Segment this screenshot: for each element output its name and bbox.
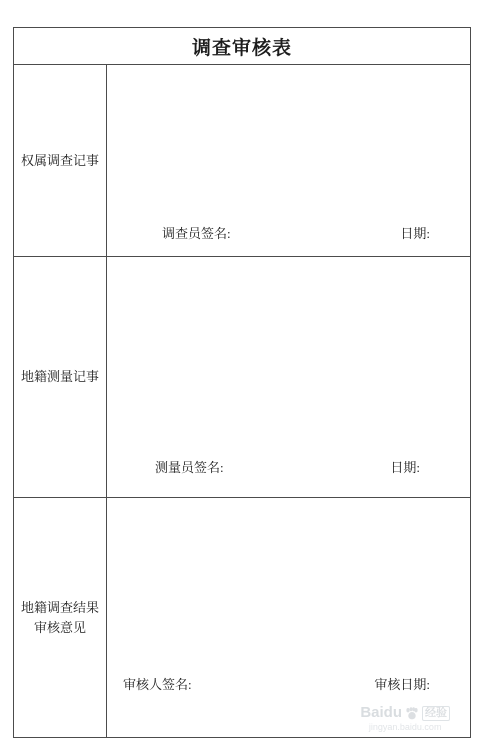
baidu-logo: Baidu 经验: [360, 705, 450, 721]
review-date-label: 审核日期:: [374, 678, 430, 691]
review-opinion-label: 地籍调查结果 审核意见: [14, 498, 106, 737]
survey-date-label: 日期:: [400, 227, 430, 240]
survey-review-form: 调查审核表 权属调查记事 调查员签名: 日期: 地籍测量记事 测量员签名: 日期…: [13, 27, 471, 738]
baidu-paw-icon: [405, 707, 419, 720]
cadastral-measurement-label: 地籍测量记事: [14, 257, 106, 497]
jingyan-badge: 经验: [422, 706, 450, 721]
watermark-url: jingyan.baidu.com: [360, 722, 450, 732]
cadastral-measurement-notes-area: 测量员签名: 日期:: [106, 257, 470, 497]
review-opinion-row: 地籍调查结果 审核意见 审核人签名: 审核日期: Baidu 经验: [14, 498, 470, 737]
cadastral-measurement-row: 地籍测量记事 测量员签名: 日期:: [14, 257, 470, 498]
measurement-signature-line: 测量员签名: 日期:: [107, 461, 470, 497]
reviewer-signature-label: 审核人签名:: [123, 678, 192, 691]
baidu-brand-text: Baidu: [360, 705, 402, 721]
measurer-signature-label: 测量员签名:: [155, 461, 224, 474]
ownership-signature-line: 调查员签名: 日期:: [107, 227, 470, 256]
ownership-survey-label: 权属调查记事: [14, 65, 106, 256]
measurement-date-label: 日期:: [390, 461, 420, 474]
surveyor-signature-label: 调查员签名:: [162, 227, 231, 240]
form-title: 调查审核表: [14, 28, 470, 65]
ownership-survey-notes-area: 调查员签名: 日期:: [106, 65, 470, 256]
ownership-survey-row: 权属调查记事 调查员签名: 日期:: [14, 65, 470, 257]
review-opinion-area: 审核人签名: 审核日期: Baidu 经验 jingyan.baidu.com: [106, 498, 470, 737]
baidu-jingyan-watermark: Baidu 经验 jingyan.baidu.com: [360, 705, 450, 732]
